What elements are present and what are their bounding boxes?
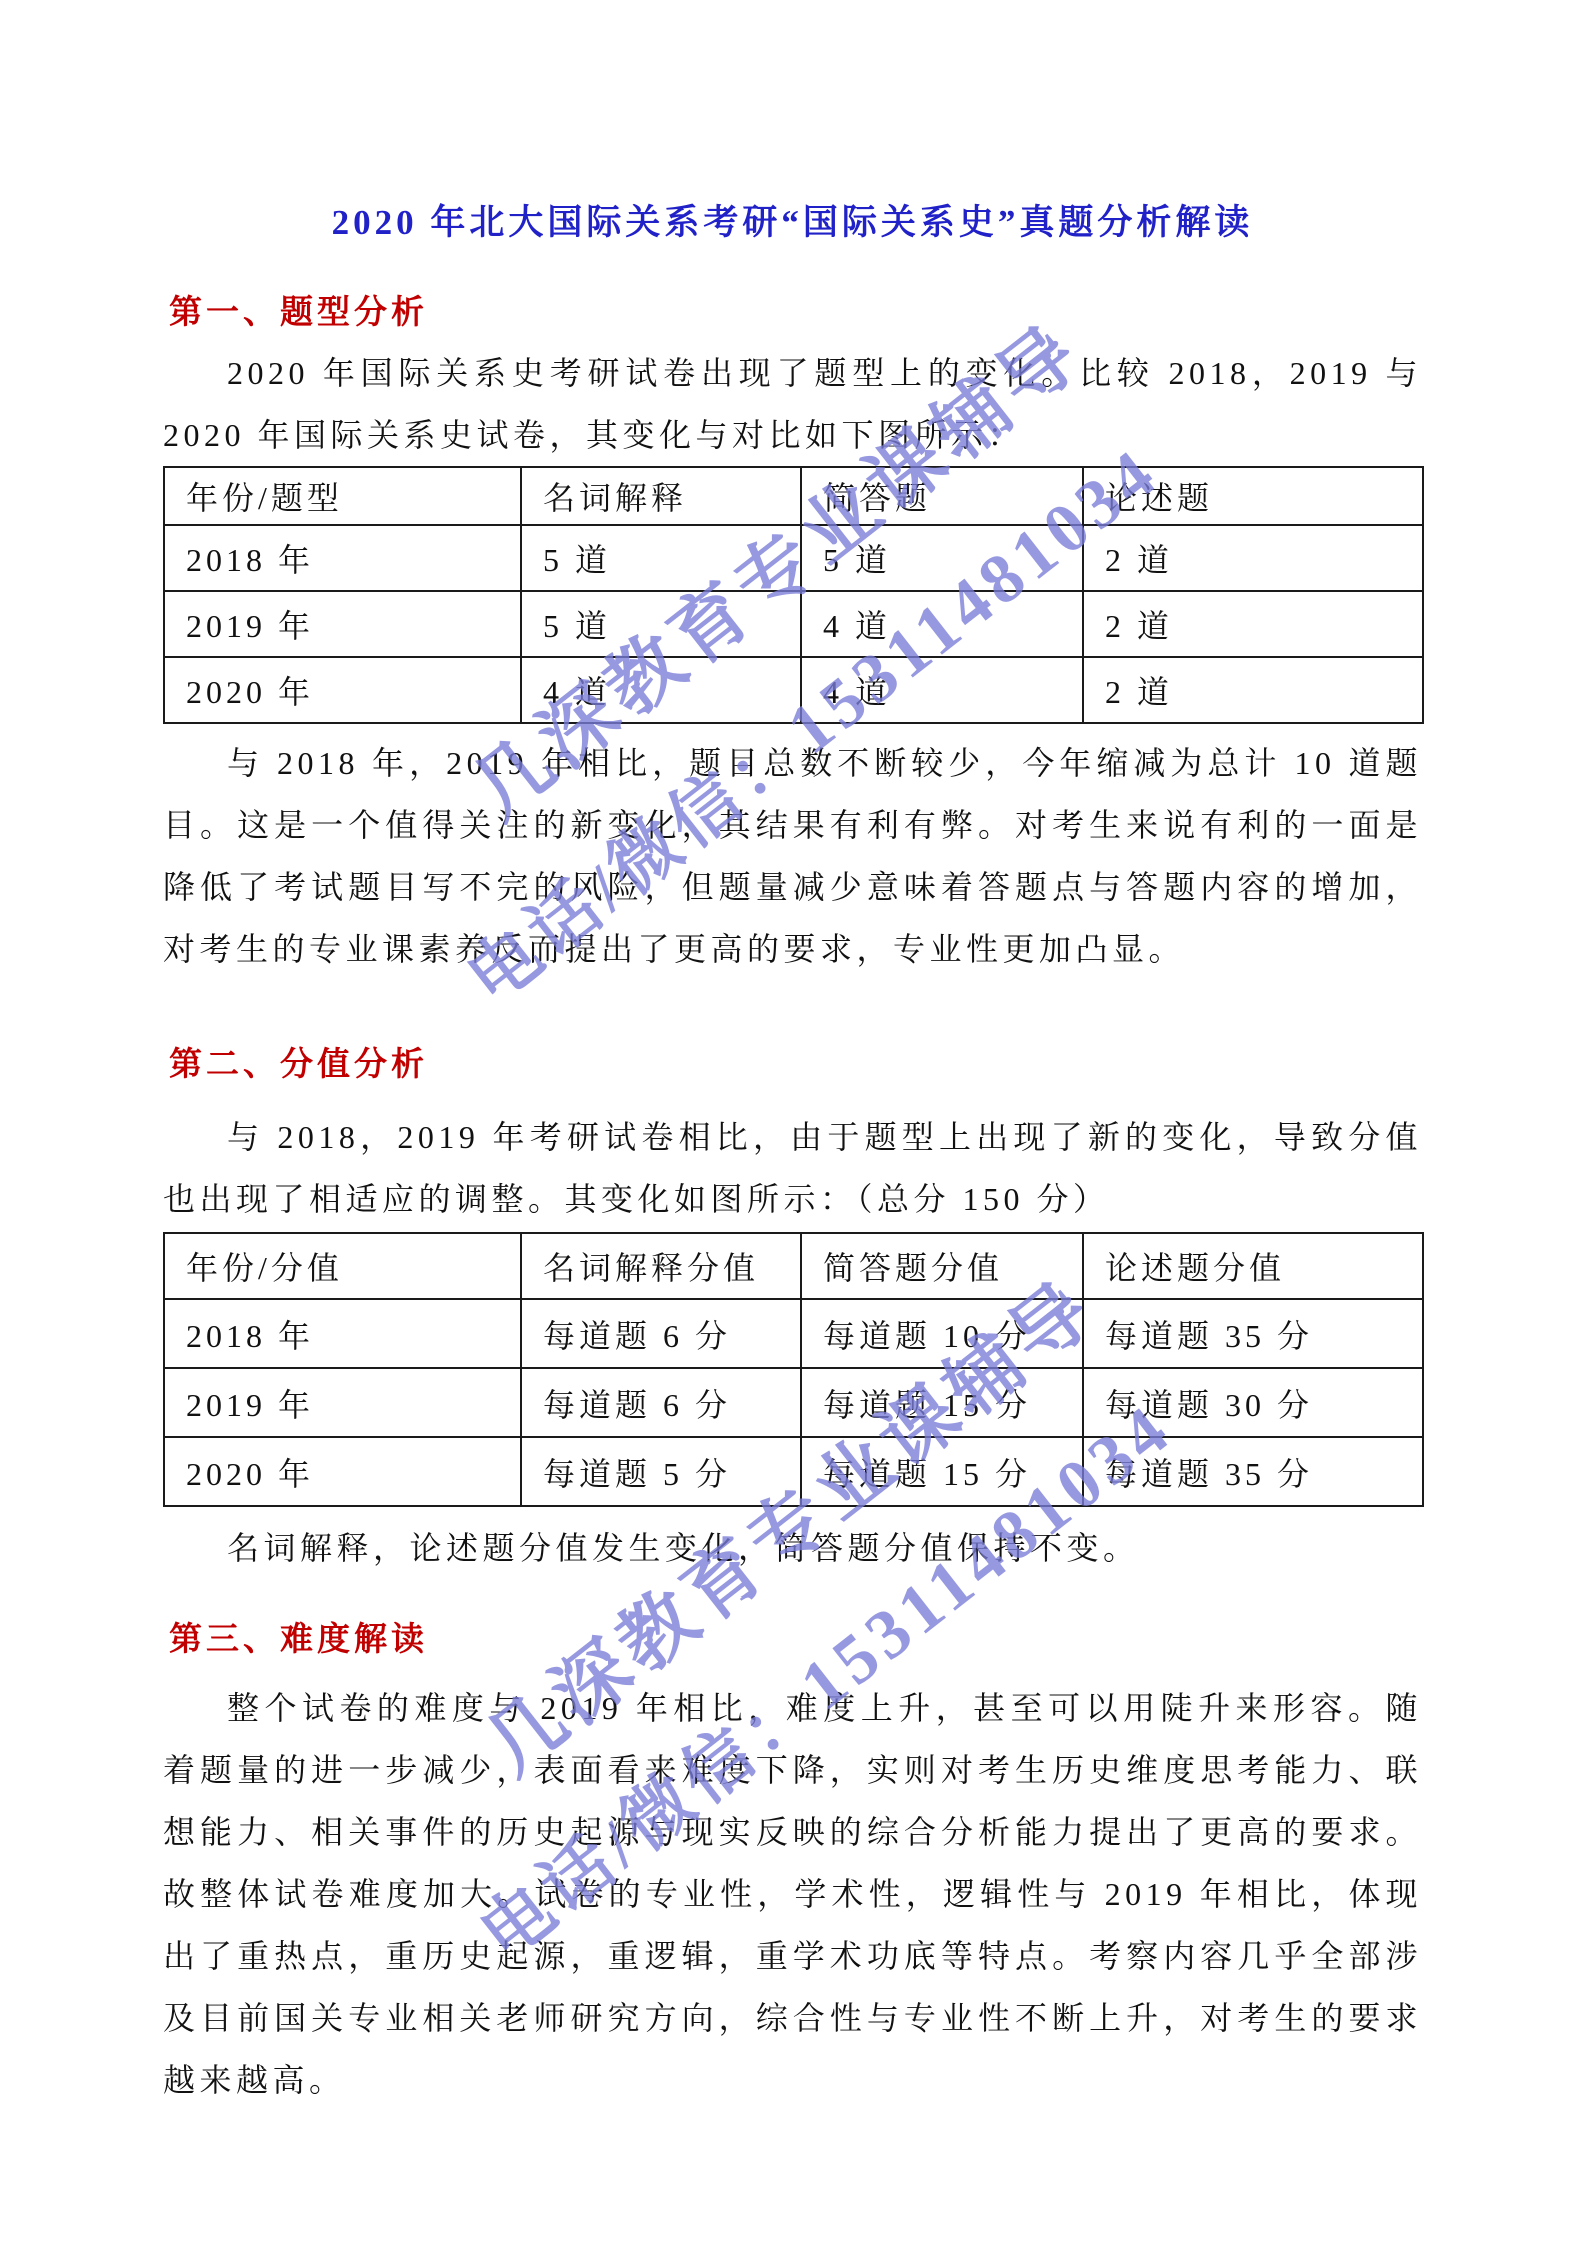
- section1-heading: 第一、题型分析: [169, 292, 1422, 334]
- table-header-row: 年份/分值 名词解释分值 简答题分值 论述题分值: [164, 1233, 1423, 1299]
- score-value-table: 年份/分值 名词解释分值 简答题分值 论述题分值 2018 年 每道题 6 分 …: [163, 1232, 1424, 1507]
- header-cell-short-answer: 简答题: [801, 467, 1083, 525]
- header-cell-essay-score: 论述题分值: [1083, 1233, 1423, 1299]
- header-cell-term-explain: 名词解释: [521, 467, 801, 525]
- table-row: 2020 年 4 道 4 道 2 道: [164, 657, 1423, 723]
- table-cell: 5 道: [521, 525, 801, 591]
- table-cell: 2020 年: [164, 1437, 521, 1506]
- table-cell: 每道题 6 分: [521, 1368, 801, 1437]
- table-cell: 每道题 10 分: [801, 1299, 1083, 1368]
- section3-heading: 第三、难度解读: [169, 1619, 1422, 1661]
- table-cell: 4 道: [521, 657, 801, 723]
- table-cell: 每道题 30 分: [1083, 1368, 1423, 1437]
- table-cell: 2019 年: [164, 591, 521, 657]
- table-cell: 4 道: [801, 657, 1083, 723]
- header-cell-year-score: 年份/分值: [164, 1233, 521, 1299]
- table-cell: 5 道: [801, 525, 1083, 591]
- table-header-row: 年份/题型 名词解释 简答题 论述题: [164, 467, 1423, 525]
- table-cell: 每道题 15 分: [801, 1437, 1083, 1506]
- header-cell-essay: 论述题: [1083, 467, 1423, 525]
- table-cell: 2020 年: [164, 657, 521, 723]
- table-row: 2018 年 5 道 5 道 2 道: [164, 525, 1423, 591]
- table-cell: 2 道: [1083, 591, 1423, 657]
- table-cell: 2 道: [1083, 657, 1423, 723]
- table-cell: 每道题 5 分: [521, 1437, 801, 1506]
- table-row: 2019 年 5 道 4 道 2 道: [164, 591, 1423, 657]
- section2-heading: 第二、分值分析: [169, 1044, 1422, 1086]
- section2-intro-paragraph: 与 2018，2019 年考研试卷相比，由于题型上出现了新的变化，导致分值也出现…: [163, 1106, 1422, 1230]
- table-cell: 2018 年: [164, 525, 521, 591]
- document-page: 几深教育专业课辅导 电话/微信：15311481034 几深教育专业课辅导 电话…: [0, 0, 1587, 2245]
- table-cell: 2019 年: [164, 1368, 521, 1437]
- section3-body-paragraph: 整个试卷的难度与 2019 年相比，难度上升，甚至可以用陡升来形容。随着题量的进…: [163, 1677, 1422, 2111]
- page-title: 2020 年北大国际关系考研“国际关系史”真题分析解读: [163, 196, 1422, 250]
- table-cell: 2 道: [1083, 525, 1423, 591]
- header-cell-year-type: 年份/题型: [164, 467, 521, 525]
- table-row: 2019 年 每道题 6 分 每道题 15 分 每道题 30 分: [164, 1368, 1423, 1437]
- table-cell: 每道题 15 分: [801, 1368, 1083, 1437]
- section1-intro-paragraph: 2020 年国际关系史考研试卷出现了题型上的变化。比较 2018，2019 与 …: [163, 342, 1422, 466]
- table-row: 2018 年 每道题 6 分 每道题 10 分 每道题 35 分: [164, 1299, 1423, 1368]
- section2-note-paragraph: 名词解释，论述题分值发生变化，简答题分值保持不变。: [163, 1517, 1422, 1579]
- document-content: 2020 年北大国际关系考研“国际关系史”真题分析解读 第一、题型分析 2020…: [163, 0, 1422, 2111]
- table-cell: 每道题 35 分: [1083, 1437, 1423, 1506]
- table-cell: 4 道: [801, 591, 1083, 657]
- header-cell-term-score: 名词解释分值: [521, 1233, 801, 1299]
- table-cell: 2018 年: [164, 1299, 521, 1368]
- question-type-table: 年份/题型 名词解释 简答题 论述题 2018 年 5 道 5 道 2 道 20…: [163, 466, 1424, 724]
- table-cell: 5 道: [521, 591, 801, 657]
- table-cell: 每道题 35 分: [1083, 1299, 1423, 1368]
- header-cell-short-score: 简答题分值: [801, 1233, 1083, 1299]
- table-row: 2020 年 每道题 5 分 每道题 15 分 每道题 35 分: [164, 1437, 1423, 1506]
- table-cell: 每道题 6 分: [521, 1299, 801, 1368]
- section1-analysis-paragraph: 与 2018 年，2019 年相比，题目总数不断较少，今年缩减为总计 10 道题…: [163, 732, 1422, 980]
